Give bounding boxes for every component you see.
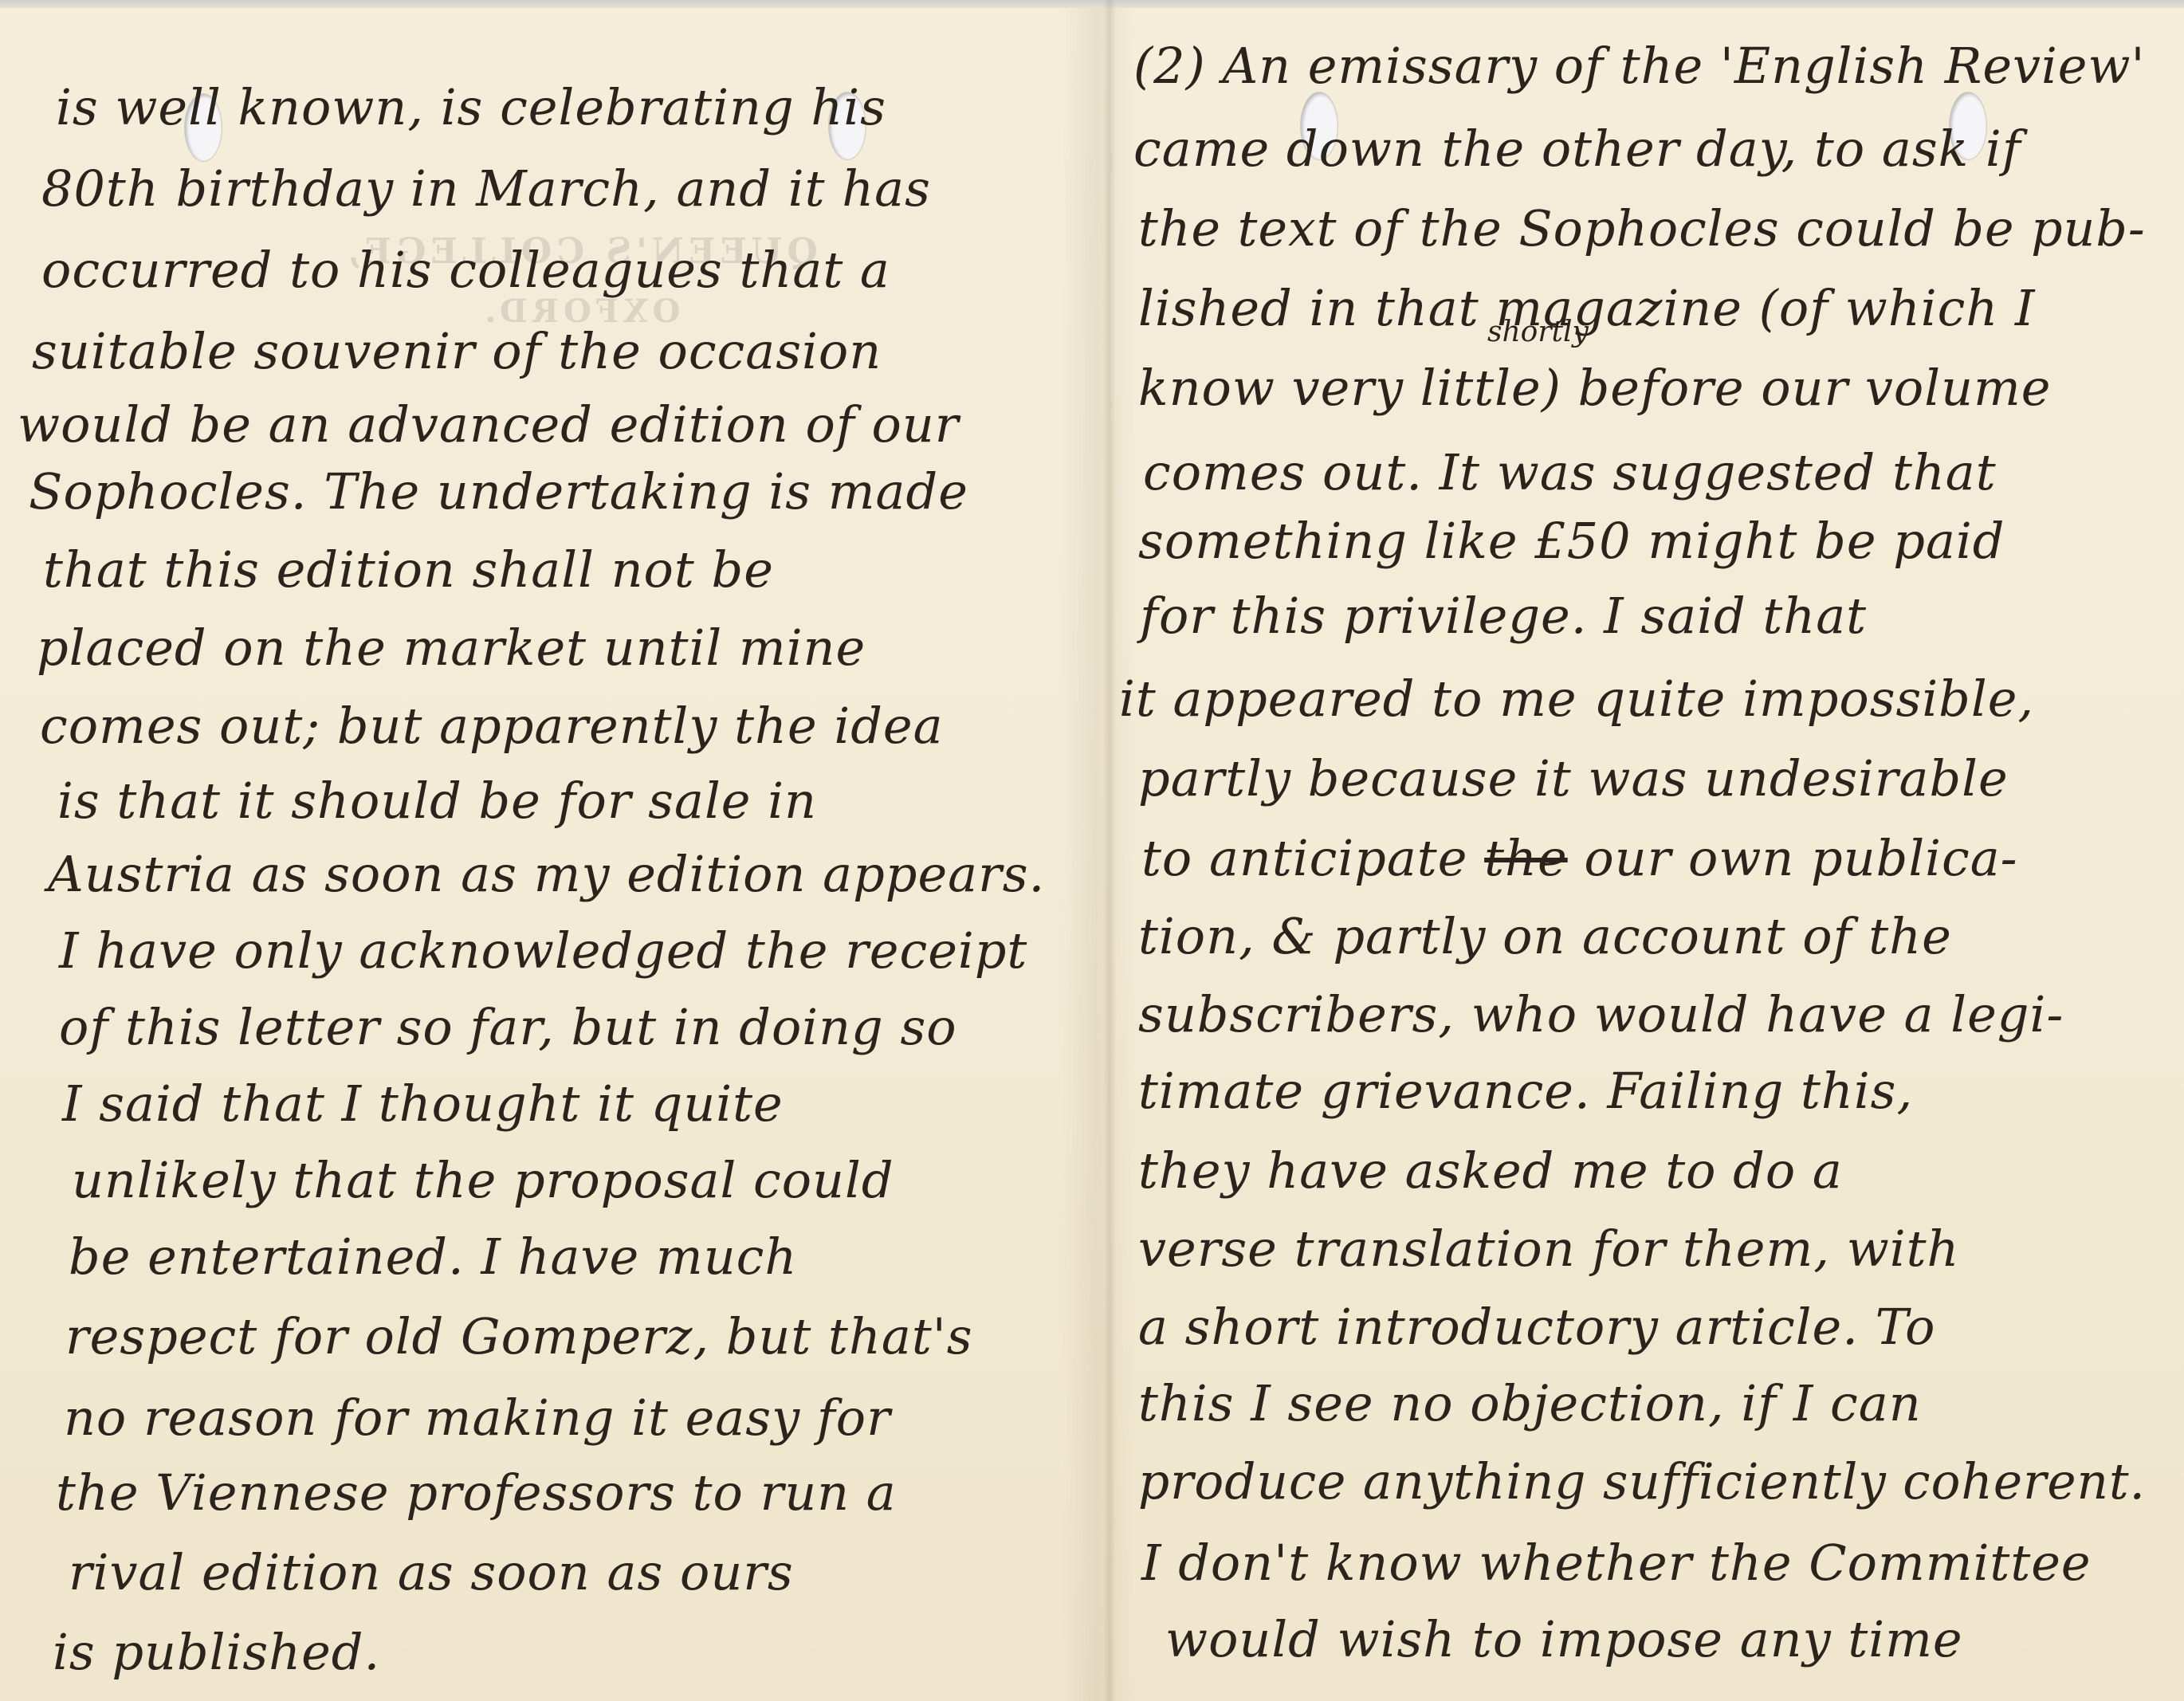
letter-line: the Viennese professors to run a xyxy=(56,1463,897,1522)
letter-line: be entertained. I have much xyxy=(69,1228,797,1286)
letter-line: it appeared to me quite impossible, xyxy=(1119,670,2034,728)
insertion-above-line: shortly xyxy=(1487,316,1589,348)
letter-line: know very little) before our volume xyxy=(1138,359,2052,417)
letter-line: tion, & partly on account of the xyxy=(1138,907,1952,965)
letter-line: rival edition as soon as ours xyxy=(69,1543,794,1601)
letter-line: that this edition shall not be xyxy=(43,540,774,599)
letter-line: I said that I thought it quite xyxy=(62,1074,784,1133)
letter-line: I have only acknowledged the receipt xyxy=(59,921,1027,980)
letter-line: would wish to impose any time xyxy=(1165,1610,1963,1668)
line-text: to anticipate xyxy=(1141,829,1467,887)
letter-line: (2) An emissary of the 'English Review' xyxy=(1133,37,2146,95)
letter-line: 80th birthday in March, and it has xyxy=(41,159,931,218)
letter-line: placed on the market until mine xyxy=(37,619,866,677)
letter-line: would be an advanced edition of our xyxy=(18,395,959,454)
struck-word: the xyxy=(1484,829,1568,887)
letter-line: Sophocles. The undertaking is made xyxy=(29,462,968,521)
letter-line: to anticipate the our own publica- xyxy=(1141,829,2018,887)
letter-line: this I see no objection, if I can xyxy=(1138,1374,1922,1432)
letter-line: occurred to his colleagues that a xyxy=(41,241,890,299)
letter-line: the text of the Sophocles could be pub- xyxy=(1138,199,2146,257)
letter-line: a short introductory article. To xyxy=(1138,1298,1935,1356)
letter-line: no reason for making it easy for xyxy=(64,1389,891,1447)
letter-line: they have asked me to do a xyxy=(1138,1141,1843,1200)
letter-line: is that it should be for sale in xyxy=(57,772,817,830)
right-page: (2) An emissary of the 'English Review' … xyxy=(1110,0,2184,1701)
letter-line: comes out. It was suggested that xyxy=(1143,443,1997,501)
letter-line: unlikely that the proposal could xyxy=(72,1151,894,1209)
letter-line: of this letter so far, but in doing so xyxy=(59,998,957,1056)
letter-line: I don't know whether the Committee xyxy=(1141,1534,2092,1592)
letter-line: comes out; but apparently the idea xyxy=(40,697,944,755)
letter-line: partly because it was undesirable xyxy=(1138,749,2009,807)
letter-line: verse translation for them, with xyxy=(1138,1220,1959,1278)
letter-line: subscribers, who would have a legi- xyxy=(1138,985,2064,1043)
letter-line: Austria as soon as my edition appears. xyxy=(48,845,1045,903)
letter-line: for this privilege. I said that xyxy=(1140,587,1867,645)
letter-line: produce anything sufficiently coherent. xyxy=(1138,1452,2146,1510)
letter-line: is published. xyxy=(53,1623,380,1681)
line-text: our own publica- xyxy=(1584,829,2017,887)
letter-line: suitable souvenir of the occasion xyxy=(32,322,882,380)
letter-line: respect for old Gomperz, but that's xyxy=(65,1307,973,1365)
letter-line: came down the other day, to ask if xyxy=(1133,120,2021,178)
letter-scan: QUEEN'S COLLEGE, OXFORD. is well known, … xyxy=(0,0,2184,1701)
left-page: QUEEN'S COLLEGE, OXFORD. is well known, … xyxy=(0,0,1110,1701)
letter-line: is well known, is celebrating his xyxy=(56,78,886,136)
letter-line: something like £50 might be paid xyxy=(1138,512,2005,570)
letter-line: timate grievance. Failing this, xyxy=(1138,1062,1913,1120)
